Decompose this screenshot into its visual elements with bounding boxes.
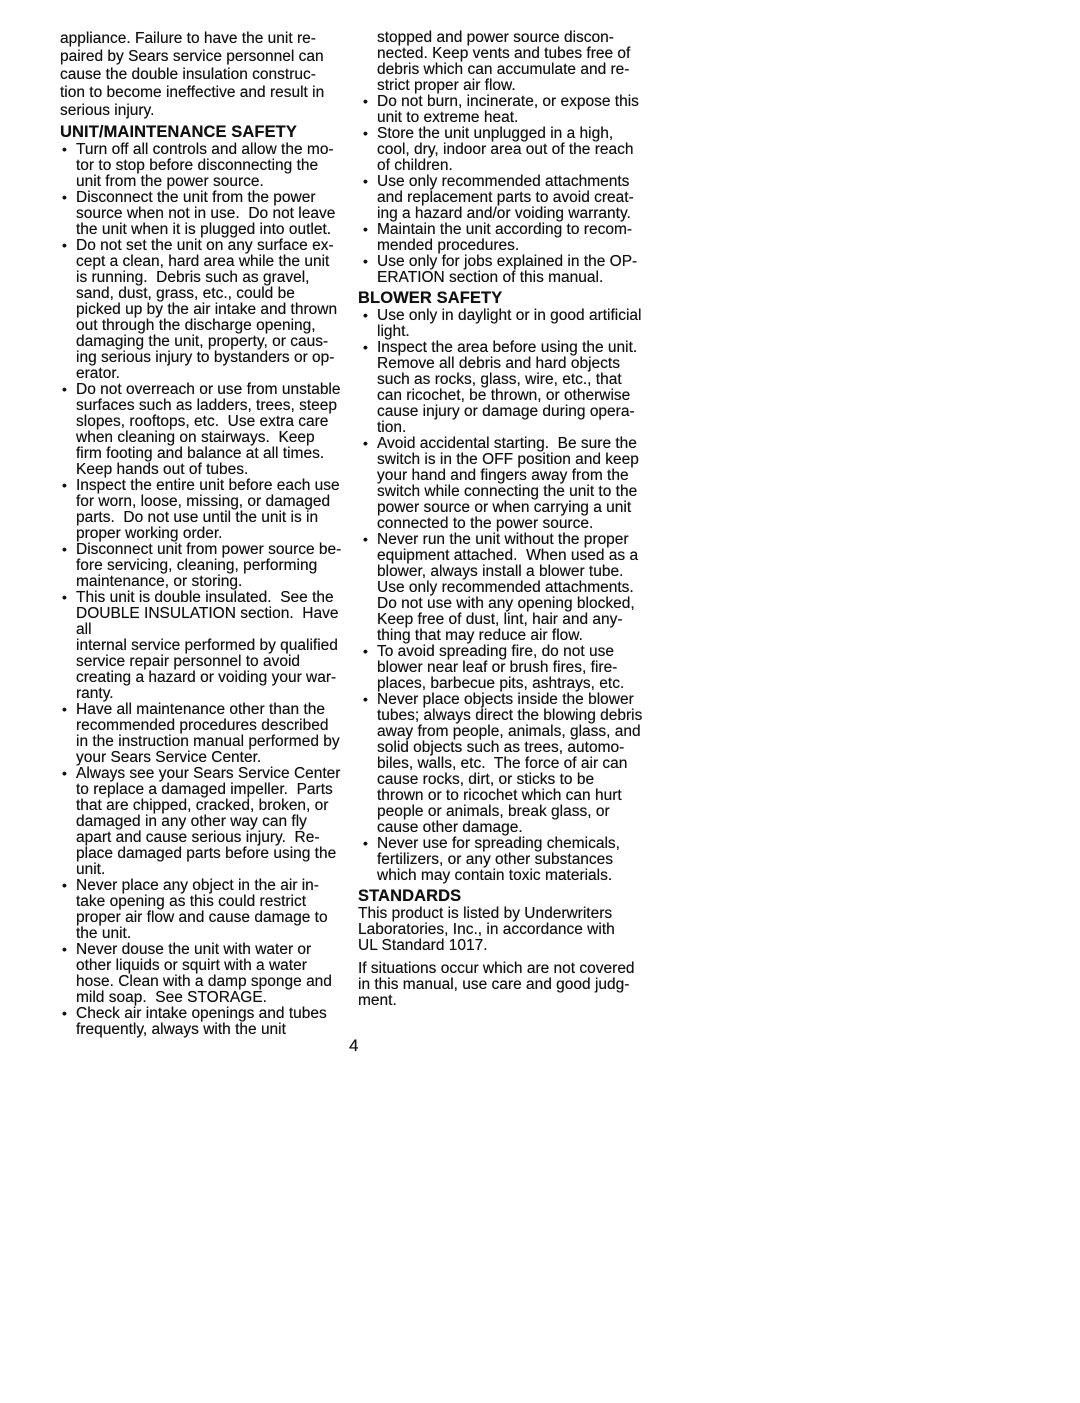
list-item: Store the unit unplugged in a high, cool…	[358, 126, 676, 174]
list-item: Inspect the entire unit before each use …	[60, 478, 356, 542]
document-page: appliance. Failure to have the unit re- …	[0, 0, 1080, 1403]
list-item-text: Never douse the unit with water or other…	[76, 942, 356, 1006]
bullet-icon	[363, 339, 368, 355]
bullet-icon	[363, 253, 368, 269]
list-item-text: Never place objects inside the blower tu…	[377, 692, 676, 836]
bullet-icon	[363, 125, 368, 141]
intro-paragraph: appliance. Failure to have the unit re- …	[60, 30, 356, 120]
bullet-icon	[62, 1005, 67, 1021]
list-item-text: Do not burn, incinerate, or expose this …	[377, 94, 676, 126]
bullet-icon	[363, 173, 368, 189]
bullet-icon	[363, 221, 368, 237]
list-item: Do not burn, incinerate, or expose this …	[358, 94, 676, 126]
list-item-text: Do not set the unit on any surface ex- c…	[76, 238, 356, 382]
list-item-text: Disconnect the unit from the power sourc…	[76, 190, 356, 238]
list-item-text: Check air intake openings and tubes freq…	[76, 1006, 356, 1038]
bullet-icon	[62, 189, 67, 205]
list-item: To avoid spreading fire, do not use blow…	[358, 644, 676, 692]
list-item: Do not overreach or use from unstable su…	[60, 382, 356, 478]
list-item-text: Have all maintenance other than the reco…	[76, 702, 356, 766]
list-item: Never run the unit without the proper eq…	[358, 532, 676, 644]
section-heading-blower-safety: BLOWER SAFETY	[358, 290, 676, 306]
list-item-text: Inspect the area before using the unit. …	[377, 340, 676, 436]
bullet-icon	[363, 307, 368, 323]
list-item-text: Store the unit unplugged in a high, cool…	[377, 126, 676, 174]
list-item-text: Avoid accidental starting. Be sure the s…	[377, 436, 676, 532]
list-item-text: Maintain the unit according to recom- me…	[377, 222, 676, 254]
list-item: Disconnect unit from power source be- fo…	[60, 542, 356, 590]
section-heading-unit-maintenance-safety: UNIT/MAINTENANCE SAFETY	[60, 124, 356, 140]
section-heading-standards: STANDARDS	[358, 888, 676, 904]
bullet-icon	[363, 531, 368, 547]
list-item: Turn off all controls and allow the mo- …	[60, 142, 356, 190]
list-item-text: Do not overreach or use from unstable su…	[76, 382, 356, 478]
list-item-text: Use only for jobs explained in the OP- E…	[377, 254, 676, 286]
bullet-icon	[363, 435, 368, 451]
list-item-text: Never use for spreading chemicals, ferti…	[377, 836, 676, 884]
bullet-icon	[62, 701, 67, 717]
bullet-icon	[62, 141, 67, 157]
bullet-icon	[62, 381, 67, 397]
list-item: Avoid accidental starting. Be sure the s…	[358, 436, 676, 532]
right-column: stopped and power source discon- nected.…	[358, 30, 676, 1009]
list-item: Never use for spreading chemicals, ferti…	[358, 836, 676, 884]
list-item-text: Inspect the entire unit before each use …	[76, 478, 356, 542]
list-item: Use only recommended attachments and rep…	[358, 174, 676, 222]
bullet-icon	[62, 589, 67, 605]
list-item: Never place any object in the air in- ta…	[60, 878, 356, 942]
bullet-icon	[62, 237, 67, 253]
list-item: Use only in daylight or in good artifici…	[358, 308, 676, 340]
list-item: Use only for jobs explained in the OP- E…	[358, 254, 676, 286]
list-item-text: Turn off all controls and allow the mo- …	[76, 142, 356, 190]
list-item-text: Use only in daylight or in good artifici…	[377, 308, 676, 340]
page-number: 4	[349, 1036, 358, 1056]
list-item: Never place objects inside the blower tu…	[358, 692, 676, 836]
list-item: Disconnect the unit from the power sourc…	[60, 190, 356, 238]
list-item: Inspect the area before using the unit. …	[358, 340, 676, 436]
list-item-text: Never run the unit without the proper eq…	[377, 532, 676, 644]
bullet-icon	[62, 541, 67, 557]
bullet-icon	[62, 941, 67, 957]
list-item-text: Disconnect unit from power source be- fo…	[76, 542, 356, 590]
bullet-icon	[363, 93, 368, 109]
list-item: Check air intake openings and tubes freq…	[60, 1006, 356, 1038]
list-item-text: Use only recommended attachments and rep…	[377, 174, 676, 222]
bullet-icon	[363, 643, 368, 659]
list-item: This unit is double insulated. See the D…	[60, 590, 356, 702]
standards-paragraph: This product is listed by Underwriters L…	[358, 906, 676, 954]
list-item-text: Always see your Sears Service Center to …	[76, 766, 356, 878]
list-item-text: To avoid spreading fire, do not use blow…	[377, 644, 676, 692]
standards-paragraph: If situations occur which are not covere…	[358, 961, 676, 1009]
list-item: Always see your Sears Service Center to …	[60, 766, 356, 878]
left-column: appliance. Failure to have the unit re- …	[60, 30, 356, 1038]
list-item-text: Never place any object in the air in- ta…	[76, 878, 356, 942]
bullet-icon	[363, 691, 368, 707]
bullet-icon	[62, 765, 67, 781]
list-item: Maintain the unit according to recom- me…	[358, 222, 676, 254]
list-item-text: This unit is double insulated. See the D…	[76, 590, 356, 702]
bullet-icon	[363, 835, 368, 851]
list-item: Have all maintenance other than the reco…	[60, 702, 356, 766]
bullet-icon	[62, 477, 67, 493]
list-item: Do not set the unit on any surface ex- c…	[60, 238, 356, 382]
continued-paragraph: stopped and power source discon- nected.…	[358, 30, 676, 94]
list-item: Never douse the unit with water or other…	[60, 942, 356, 1006]
bullet-icon	[62, 877, 67, 893]
